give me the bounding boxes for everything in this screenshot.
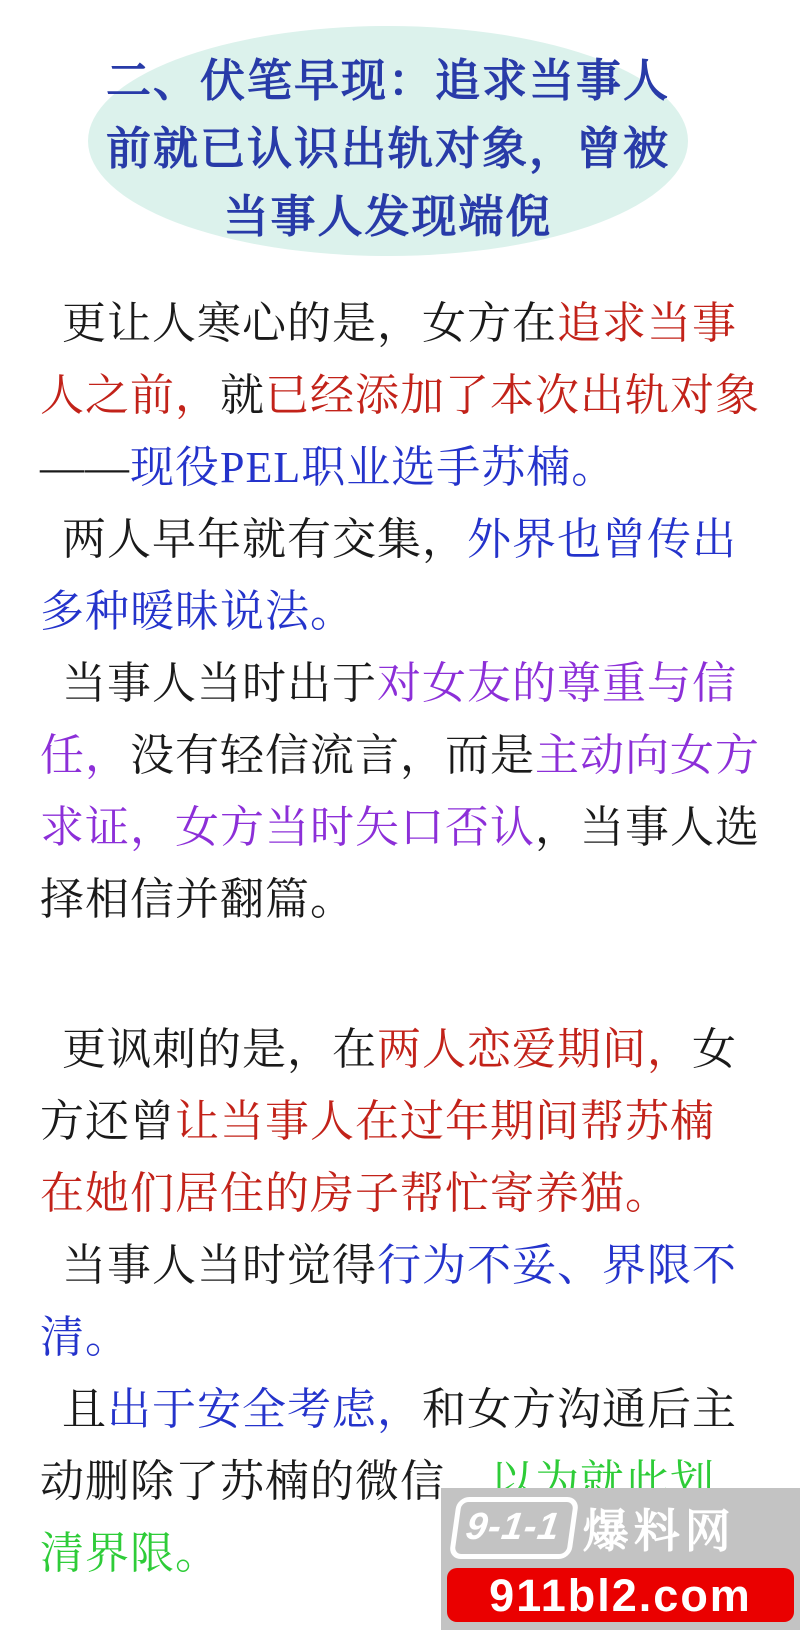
text-segment: 两人恋爱期间，	[377, 1025, 692, 1074]
text-segment: 外界也曾传出	[467, 515, 737, 564]
text-line: 当事人当时觉得行为不妥、界限不	[40, 1230, 764, 1302]
text-line: 当事人当时出于对女友的尊重与信	[40, 648, 764, 720]
text-segment: 对女友的尊重与信	[377, 659, 737, 708]
watermark-domain: 911bl2.com	[489, 1573, 752, 1618]
watermark-domain-bar: 911bl2.com	[447, 1568, 794, 1622]
text-segment: 没有轻信流言，而是	[130, 731, 535, 780]
text-segment: 已经添加了本次出轨对象	[265, 371, 760, 420]
text-line: 人之前，就已经添加了本次出轨对象	[40, 360, 764, 432]
watermark-top-row: 9-1-1 爆料网	[441, 1488, 800, 1568]
text-segment: 当事人当时出于	[62, 659, 377, 708]
text-line: 更讽刺的是，在两人恋爱期间，女	[40, 1014, 764, 1086]
watermark: 9-1-1 爆料网 911bl2.com	[441, 1488, 800, 1630]
paragraph: 两人早年就有交集，外界也曾传出多种暧昧说法。	[40, 504, 764, 648]
text-segment: 更讽刺的是，在	[62, 1025, 377, 1074]
text-segment: 两人早年就有交集，	[62, 515, 467, 564]
text-segment: 让当事人在过年期间帮苏楠	[175, 1097, 715, 1146]
text-line: 两人早年就有交集，外界也曾传出	[40, 504, 764, 576]
paragraph: 当事人当时出于对女友的尊重与信任，没有轻信流言，而是主动向女方求证，女方当时矢口…	[40, 648, 764, 936]
text-segment: 求证，女方当时矢口否认	[40, 803, 535, 852]
text-segment: 在她们居住的房子帮忙寄养猫。	[40, 1169, 670, 1218]
text-line: 在她们居住的房子帮忙寄养猫。	[40, 1158, 764, 1230]
page: 二、伏笔早现：追求当事人 前就已认识出轨对象，曾被 当事人发现端倪 更让人寒心的…	[0, 0, 800, 1636]
text-segment: 追求当事	[557, 299, 737, 348]
headline: 二、伏笔早现：追求当事人 前就已认识出轨对象，曾被 当事人发现端倪	[106, 47, 670, 251]
text-segment: 人之前，	[40, 371, 220, 420]
text-segment: 更让人寒心的是，女方在	[62, 299, 557, 348]
text-line: 更让人寒心的是，女方在追求当事	[40, 288, 764, 360]
paragraph: 更讽刺的是，在两人恋爱期间，女方还曾让当事人在过年期间帮苏楠在她们居住的房子帮忙…	[40, 1014, 764, 1230]
text-segment: 就	[220, 371, 265, 420]
watermark-site-name: 爆料网	[583, 1495, 736, 1561]
article-body: 更让人寒心的是，女方在追求当事人之前，就已经添加了本次出轨对象——现役PEL职业…	[40, 288, 764, 1590]
text-line: 择相信并翻篇。	[40, 864, 764, 936]
text-line: 任，没有轻信流言，而是主动向女方	[40, 720, 764, 792]
text-segment: 女	[692, 1025, 737, 1074]
paragraph: 更让人寒心的是，女方在追求当事人之前，就已经添加了本次出轨对象——现役PEL职业…	[40, 288, 764, 504]
watermark-logo-badge: 9-1-1	[449, 1497, 579, 1559]
text-segment: 当事人当时觉得	[62, 1241, 377, 1290]
text-segment: 出于安全考虑，	[107, 1385, 422, 1434]
text-segment: 现役PEL职业选手苏楠。	[130, 443, 616, 492]
text-segment: ——	[40, 443, 130, 492]
text-segment: 清界限。	[40, 1529, 220, 1578]
text-segment: 动删除了苏楠的微信，	[40, 1457, 490, 1506]
text-segment: 主动向女方	[535, 731, 760, 780]
text-segment: 方还曾	[40, 1097, 175, 1146]
text-segment: 清。	[40, 1313, 130, 1362]
text-line: ——现役PEL职业选手苏楠。	[40, 432, 764, 504]
paragraph: 当事人当时觉得行为不妥、界限不清。	[40, 1230, 764, 1374]
text-segment: 择相信并翻篇。	[40, 875, 355, 924]
text-segment: 行为不妥、界限不	[377, 1241, 737, 1290]
text-line: 多种暧昧说法。	[40, 576, 764, 648]
text-segment: 且	[62, 1385, 107, 1434]
headline-bubble: 二、伏笔早现：追求当事人 前就已认识出轨对象，曾被 当事人发现端倪	[88, 26, 688, 256]
text-line: 且出于安全考虑，和女方沟通后主	[40, 1374, 764, 1446]
text-segment: ，当事人选	[535, 803, 760, 852]
text-line: 方还曾让当事人在过年期间帮苏楠	[40, 1086, 764, 1158]
text-line: 清。	[40, 1302, 764, 1374]
text-line: 求证，女方当时矢口否认，当事人选	[40, 792, 764, 864]
text-segment: 多种暧昧说法。	[40, 587, 355, 636]
text-segment: 任，	[40, 731, 130, 780]
text-segment: 和女方沟通后主	[422, 1385, 737, 1434]
